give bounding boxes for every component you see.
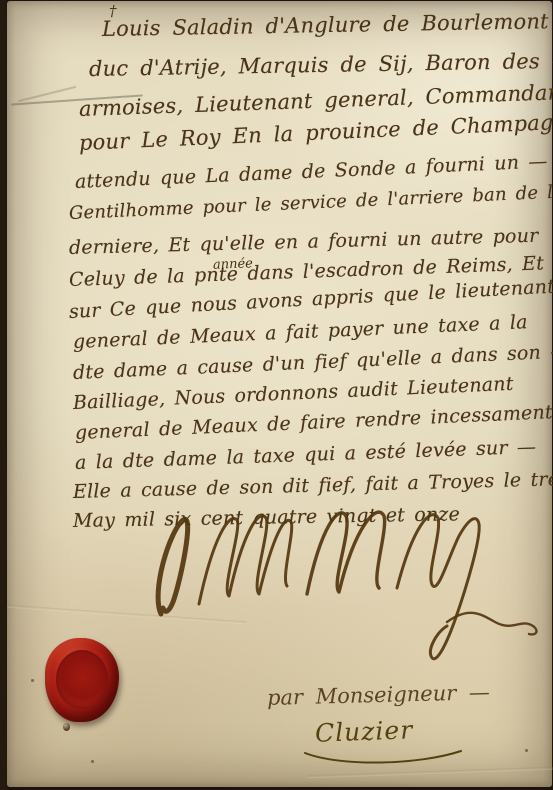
countersignature-flourish <box>301 749 471 769</box>
wax-seal <box>45 638 119 722</box>
closing-line: par Monseigneur — <box>267 680 490 710</box>
manuscript-paper: † Louis Saladin d'Anglure de Bourlemont … <box>7 1 552 787</box>
paper-speck <box>91 760 94 763</box>
interline-insertion: année <box>213 256 253 272</box>
text-line: derniere, Et qu'elle en a fourni un autr… <box>69 225 539 259</box>
photo-frame: † Louis Saladin d'Anglure de Bourlemont … <box>0 0 553 790</box>
countersignature: Cluzier <box>315 715 414 747</box>
text-line: duc d'Atrije, Marquis de Sij, Baron des … <box>89 49 553 81</box>
wax-seal-drip <box>63 723 70 731</box>
text-line: a la dte dame la taxe qui a esté levée s… <box>75 436 537 474</box>
signature <box>125 494 545 684</box>
paper-speck <box>525 749 528 752</box>
paper-speck <box>31 679 34 682</box>
wax-seal-impression <box>56 650 108 709</box>
text-line: Louis Saladin d'Anglure de Bourlemont <box>102 9 549 41</box>
